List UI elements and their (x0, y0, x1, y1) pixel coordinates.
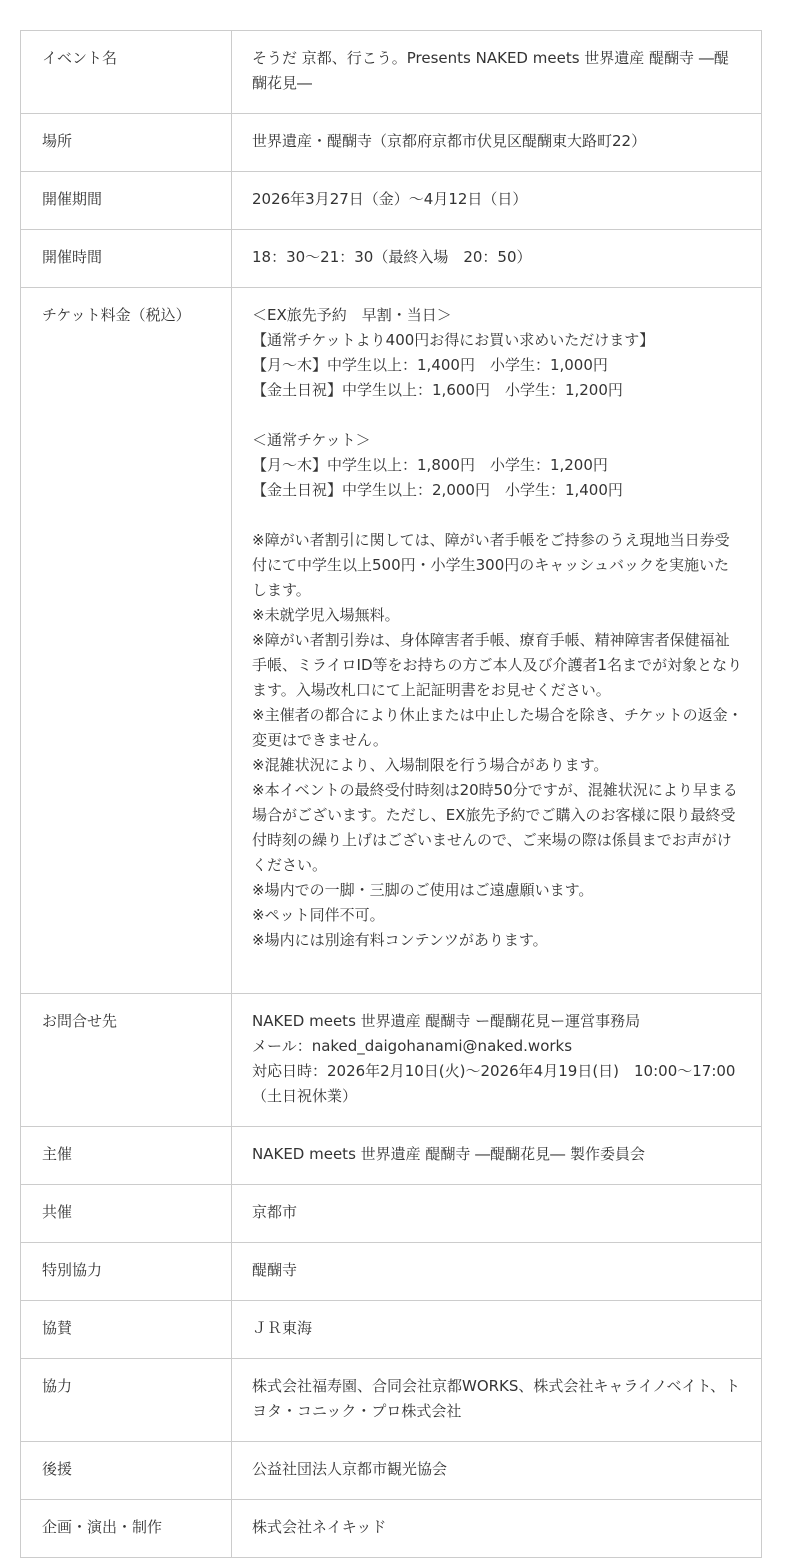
row-sponsor: 協賛 ＪＲ東海 (21, 1301, 762, 1359)
organizer-value: NAKED meets 世界遺産 醍醐寺 ―醍醐花見― 製作委員会 (232, 1127, 762, 1185)
contact-label: お問合せ先 (21, 994, 232, 1127)
regular-ticket-weekend-price: 【金土日祝】中学生以上：2,000円 小学生：1,400円 (252, 478, 743, 503)
tickets-label: チケット料金（税込） (21, 288, 232, 994)
row-period: 開催期間 2026年3月27日（金）～4月12日（日） (21, 172, 762, 230)
venue-value: 世界遺産・醍醐寺（京都府京都市伏見区醍醐東大路町22） (232, 114, 762, 172)
special-cooperation-value: 醍醐寺 (232, 1243, 762, 1301)
regular-ticket-heading: ＜通常チケット＞ (252, 428, 743, 453)
ticket-note: ※ペット同伴不可。 (252, 903, 743, 928)
cooperation-label: 協力 (21, 1359, 232, 1442)
support-label: 後援 (21, 1442, 232, 1500)
row-cooperation: 協力 株式会社福寿園、合同会社京都WORKS、株式会社キャライノベイト、トヨタ・… (21, 1359, 762, 1442)
sponsor-label: 協賛 (21, 1301, 232, 1359)
hours-value: 18：30～21：30（最終入場 20：50） (232, 230, 762, 288)
ex-ticket-weekend-price: 【金土日祝】中学生以上：1,600円 小学生：1,200円 (252, 378, 743, 403)
row-contact: お問合せ先 NAKED meets 世界遺産 醍醐寺 ー醍醐花見ー運営事務局 メ… (21, 994, 762, 1127)
support-value: 公益社団法人京都市観光協会 (232, 1442, 762, 1500)
row-support: 後援 公益社団法人京都市観光協会 (21, 1442, 762, 1500)
ticket-note: ※主催者の都合により休止または中止した場合を除き、チケットの返金・変更はできませ… (252, 703, 743, 753)
row-hours: 開催時間 18：30～21：30（最終入場 20：50） (21, 230, 762, 288)
ex-ticket-heading: ＜EX旅先予約 早割・当日＞ (252, 303, 743, 328)
venue-label: 場所 (21, 114, 232, 172)
row-organizer: 主催 NAKED meets 世界遺産 醍醐寺 ―醍醐花見― 製作委員会 (21, 1127, 762, 1185)
contact-value: NAKED meets 世界遺産 醍醐寺 ー醍醐花見ー運営事務局 メール：nak… (232, 994, 762, 1127)
row-special-cooperation: 特別協力 醍醐寺 (21, 1243, 762, 1301)
ticket-note: ※場内には別途有料コンテンツがあります。 (252, 928, 743, 953)
special-cooperation-label: 特別協力 (21, 1243, 232, 1301)
spacer (252, 403, 743, 428)
ticket-note: ※未就学児入場無料。 (252, 603, 743, 628)
event-name-value: そうだ 京都、行こう。Presents NAKED meets 世界遺産 醍醐寺… (232, 31, 762, 114)
period-label: 開催期間 (21, 172, 232, 230)
production-value: 株式会社ネイキッド (232, 1500, 762, 1558)
ex-ticket-weekday-price: 【月～木】中学生以上：1,400円 小学生：1,000円 (252, 353, 743, 378)
regular-ticket-weekday-price: 【月～木】中学生以上：1,800円 小学生：1,200円 (252, 453, 743, 478)
hours-label: 開催時間 (21, 230, 232, 288)
cooperation-value: 株式会社福寿園、合同会社京都WORKS、株式会社キャライノベイト、トヨタ・コニッ… (232, 1359, 762, 1442)
period-value: 2026年3月27日（金）～4月12日（日） (232, 172, 762, 230)
spacer (252, 503, 743, 528)
ticket-note: ※本イベントの最終受付時刻は20時50分ですが、混雑状況により早まる場合がござい… (252, 778, 743, 878)
row-co-organizer: 共催 京都市 (21, 1185, 762, 1243)
ticket-note: ※障がい者割引券は、身体障害者手帳、療育手帳、精神障害者保健福祉手帳、ミライロI… (252, 628, 743, 703)
row-production: 企画・演出・制作 株式会社ネイキッド (21, 1500, 762, 1558)
ticket-note: ※障がい者割引に関しては、障がい者手帳をご持参のうえ現地当日券受付にて中学生以上… (252, 528, 743, 603)
row-tickets: チケット料金（税込） ＜EX旅先予約 早割・当日＞ 【通常チケットより400円お… (21, 288, 762, 994)
contact-office: NAKED meets 世界遺産 醍醐寺 ー醍醐花見ー運営事務局 (252, 1009, 743, 1034)
tickets-value: ＜EX旅先予約 早割・当日＞ 【通常チケットより400円お得にお買い求めいただけ… (232, 288, 762, 994)
event-name-label: イベント名 (21, 31, 232, 114)
contact-email[interactable]: メール：naked_daigohanami@naked.works (252, 1034, 743, 1059)
production-label: 企画・演出・制作 (21, 1500, 232, 1558)
co-organizer-value: 京都市 (232, 1185, 762, 1243)
contact-hours: 対応日時：2026年2月10日(火)～2026年4月19日(日) 10:00～1… (252, 1059, 743, 1109)
ticket-note: ※場内での一脚・三脚のご使用はご遠慮願います。 (252, 878, 743, 903)
ticket-note: ※混雑状況により、入場制限を行う場合があります。 (252, 753, 743, 778)
ex-ticket-note: 【通常チケットより400円お得にお買い求めいただけます】 (252, 328, 743, 353)
event-info-table: イベント名 そうだ 京都、行こう。Presents NAKED meets 世界… (20, 30, 762, 1558)
co-organizer-label: 共催 (21, 1185, 232, 1243)
sponsor-value: ＪＲ東海 (232, 1301, 762, 1359)
row-event-name: イベント名 そうだ 京都、行こう。Presents NAKED meets 世界… (21, 31, 762, 114)
row-venue: 場所 世界遺産・醍醐寺（京都府京都市伏見区醍醐東大路町22） (21, 114, 762, 172)
organizer-label: 主催 (21, 1127, 232, 1185)
